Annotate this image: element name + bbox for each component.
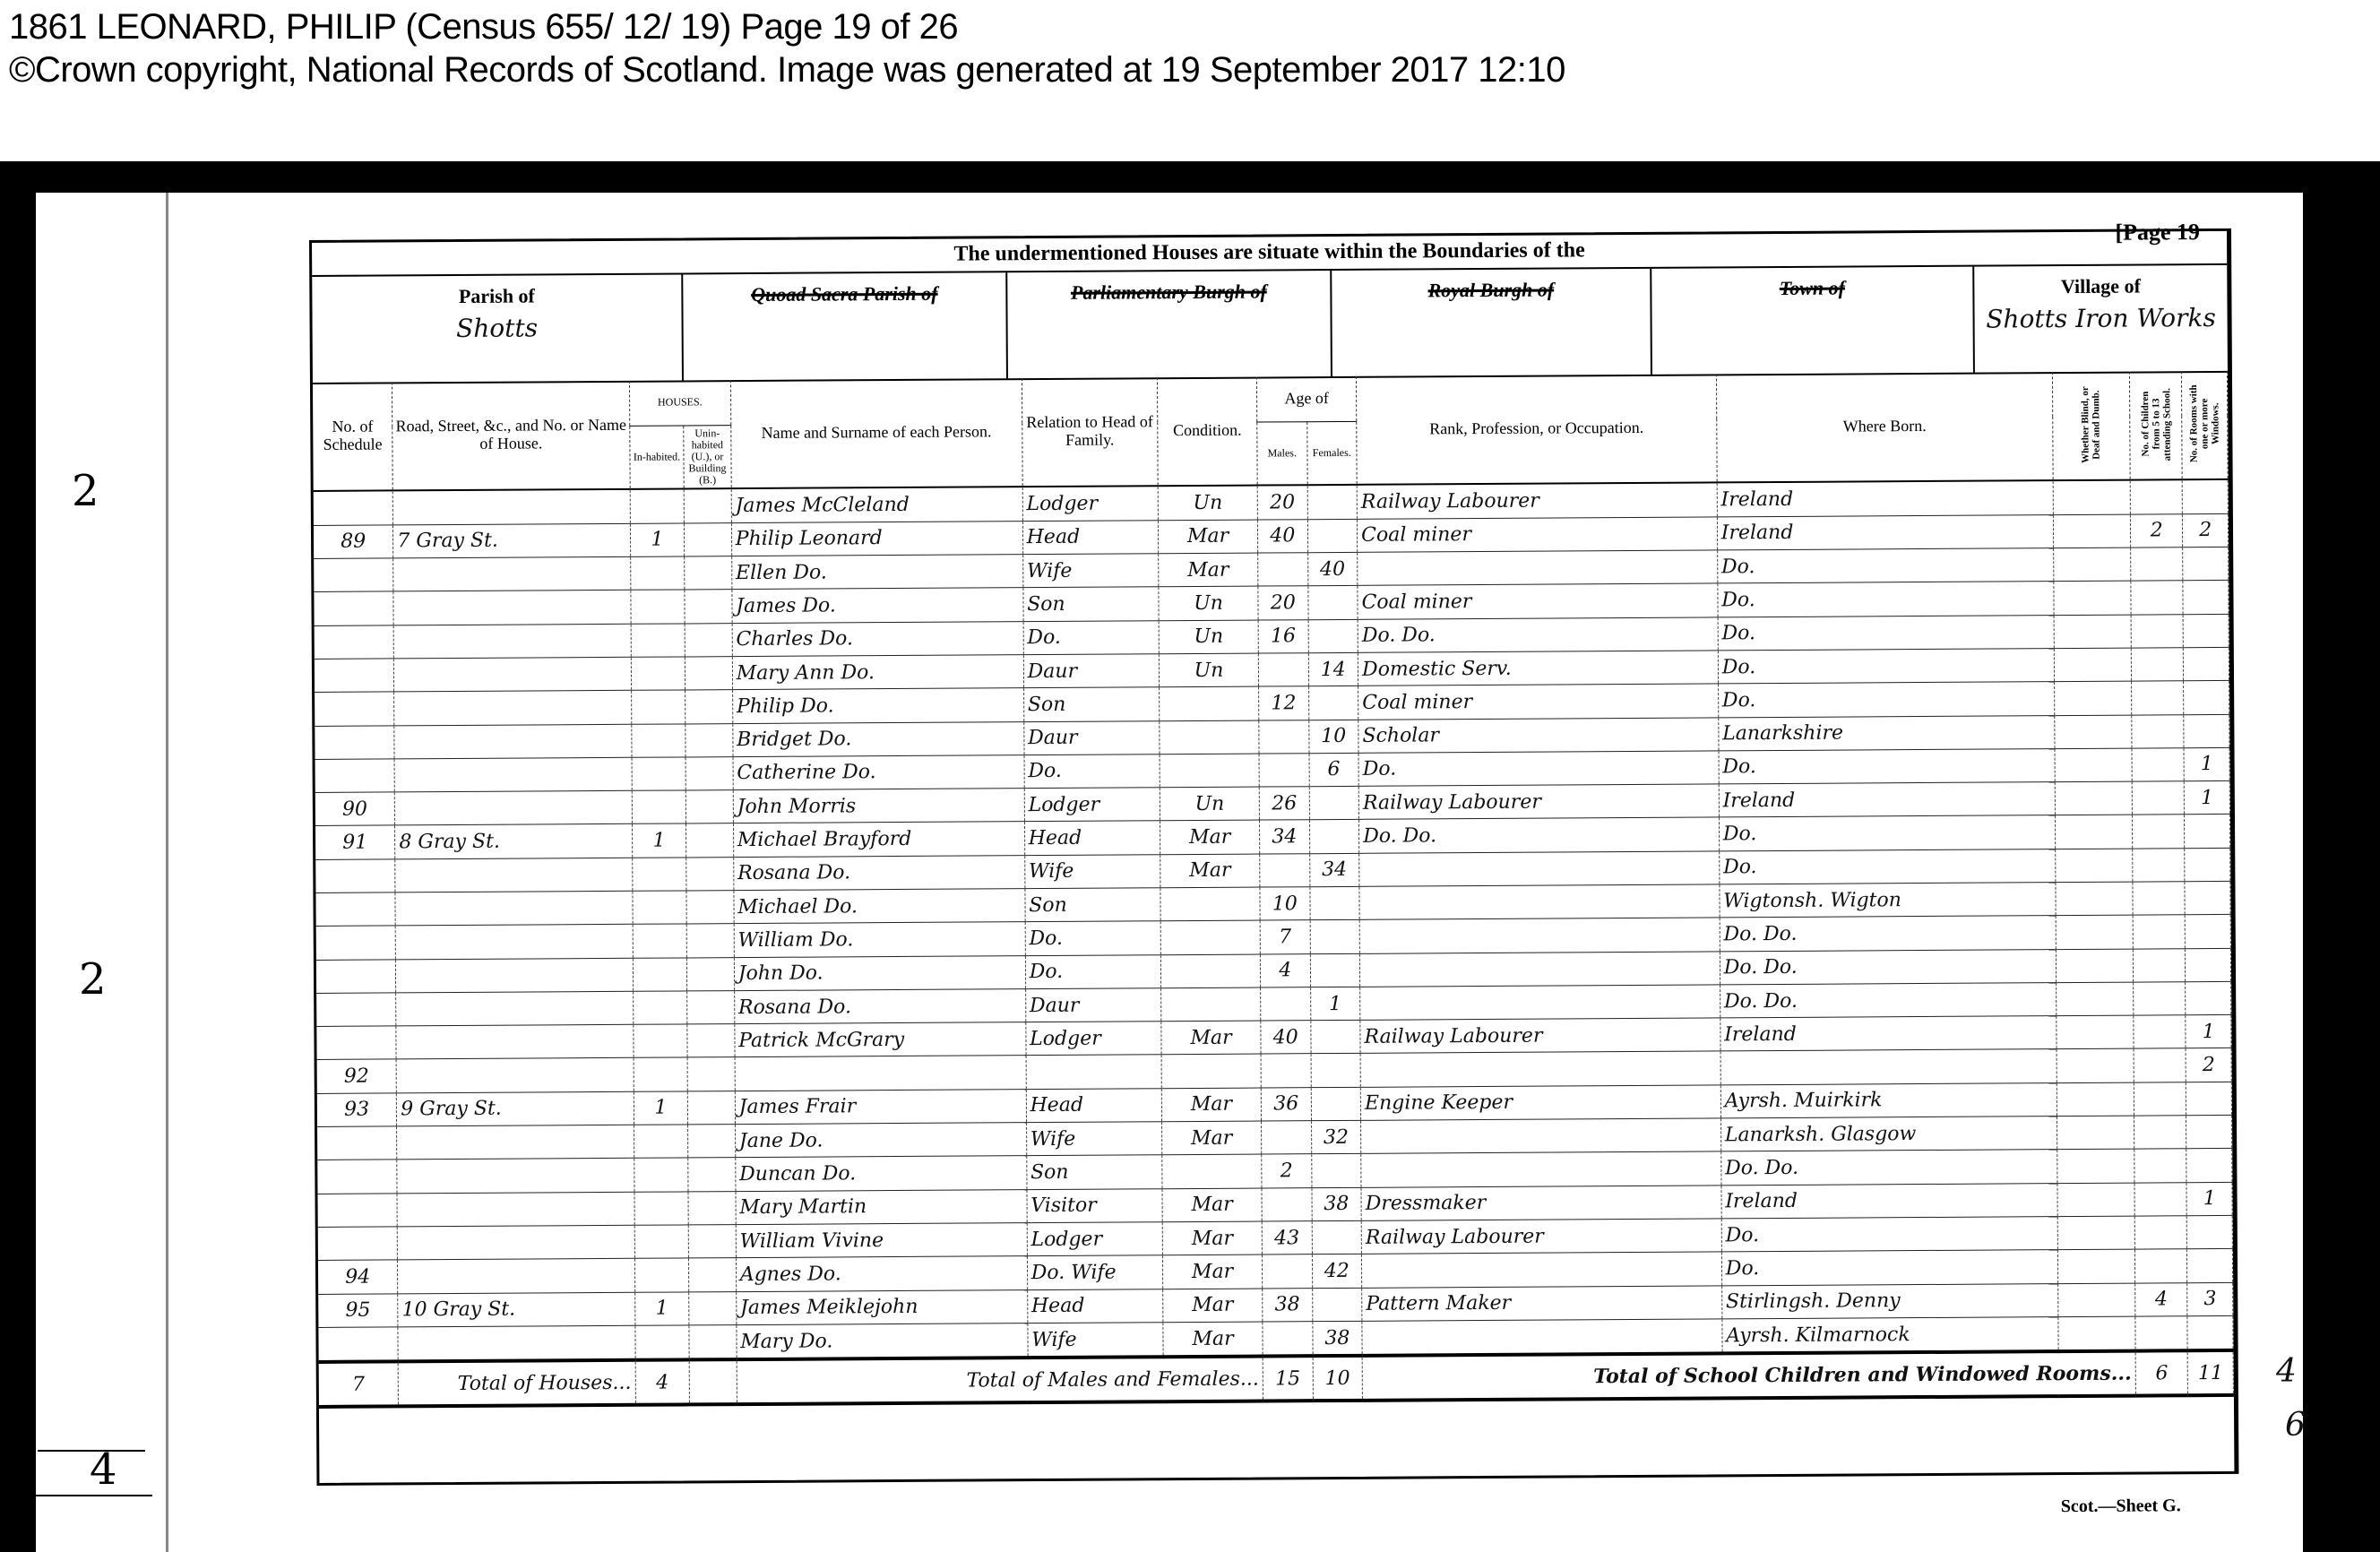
cell-empty bbox=[2055, 715, 2132, 749]
cell-rooms bbox=[2186, 948, 2231, 982]
cell-born: Ireland bbox=[1717, 514, 2054, 550]
cell-rooms: 1 bbox=[2186, 1182, 2232, 1216]
cell-road bbox=[393, 624, 631, 659]
cell-born: Do. Do. bbox=[1720, 949, 2057, 985]
document-title: 1861 LEONARD, PHILIP (Census 655/ 12/ 19… bbox=[9, 9, 958, 45]
cell-schedule: 95 bbox=[318, 1293, 398, 1327]
cell-school: 2 bbox=[2130, 513, 2183, 548]
cell-empty bbox=[2057, 1116, 2134, 1150]
cell-rooms bbox=[2186, 981, 2231, 1015]
cell-road bbox=[396, 991, 634, 1026]
cell-female bbox=[1311, 1054, 1361, 1088]
cell-born: Do. bbox=[1718, 615, 2055, 651]
cell-school bbox=[2133, 882, 2186, 916]
cell-male: 34 bbox=[1260, 820, 1310, 854]
cell-empty bbox=[2056, 915, 2133, 949]
cell-rooms bbox=[2183, 581, 2229, 615]
cell-name: Michael Brayford bbox=[733, 822, 1024, 857]
cell-rooms bbox=[2184, 681, 2229, 715]
cell-inhabited bbox=[634, 1258, 689, 1292]
margin-note: 4 bbox=[2276, 1353, 2297, 1390]
cell-occupation: Do. Do. bbox=[1358, 617, 1718, 653]
total-houses-label: Total of Houses... bbox=[398, 1360, 635, 1407]
cell-name: Catherine Do. bbox=[733, 754, 1024, 789]
cell-female: 40 bbox=[1307, 552, 1358, 586]
cell-schedule bbox=[317, 1126, 397, 1160]
cell-inhabited bbox=[630, 556, 685, 591]
cell-school bbox=[2133, 915, 2186, 949]
cell-schedule bbox=[318, 1227, 398, 1261]
cell-empty bbox=[687, 1057, 735, 1091]
cell-rooms bbox=[2185, 881, 2230, 915]
cell-empty bbox=[685, 522, 732, 556]
cell-male: 40 bbox=[1261, 1021, 1311, 1055]
sheet-footer: Scot.—Sheet G. bbox=[2061, 1496, 2181, 1517]
cell-school bbox=[2134, 1082, 2186, 1117]
cell-schedule bbox=[316, 960, 396, 994]
cell-male: 2 bbox=[1262, 1154, 1312, 1188]
cell-occupation: Dressmaker bbox=[1361, 1186, 1721, 1221]
cell-male bbox=[1261, 1054, 1311, 1088]
cell-name bbox=[735, 1056, 1026, 1091]
cell-born bbox=[1720, 1049, 2057, 1085]
cell-born: Ireland bbox=[1721, 1183, 2058, 1219]
cell-female bbox=[1307, 586, 1358, 620]
cell-empty bbox=[2057, 1082, 2134, 1117]
cell-relation: Do. bbox=[1024, 754, 1160, 789]
cell-school bbox=[2131, 648, 2184, 682]
cell-born: Do. Do. bbox=[1720, 982, 2057, 1018]
cell-male bbox=[1260, 853, 1310, 887]
cell-occupation: Railway Labourer bbox=[1358, 784, 1719, 820]
cell-condition bbox=[1160, 920, 1260, 954]
cell-rooms: 1 bbox=[2186, 1015, 2231, 1049]
cell-occupation bbox=[1361, 1118, 1721, 1154]
margin-note: 4 bbox=[90, 1444, 117, 1495]
cell-occupation: Railway Labourer bbox=[1357, 483, 1717, 519]
page-fold bbox=[166, 193, 168, 1552]
cell-condition: Mar bbox=[1162, 1221, 1262, 1255]
cell-inhabited bbox=[633, 958, 687, 992]
cell-school bbox=[2134, 1149, 2187, 1183]
cell-relation: Head bbox=[1022, 520, 1159, 554]
cell-schedule: 91 bbox=[315, 825, 395, 859]
cell-relation: Son bbox=[1026, 1155, 1162, 1189]
cell-schedule bbox=[315, 892, 395, 927]
cell-empty bbox=[686, 823, 734, 858]
cell-male: 4 bbox=[1260, 953, 1310, 987]
cell-condition bbox=[1160, 887, 1260, 921]
cell-empty bbox=[2058, 1316, 2135, 1351]
cell-relation: Head bbox=[1026, 1088, 1162, 1122]
cell-school bbox=[2134, 1116, 2186, 1150]
cell-schedule bbox=[314, 591, 393, 625]
cell-inhabited bbox=[634, 1125, 688, 1159]
cell-male: 43 bbox=[1262, 1221, 1312, 1255]
cell-condition: Mar bbox=[1161, 1021, 1261, 1055]
cell-empty bbox=[686, 891, 734, 925]
cell-rooms bbox=[2184, 614, 2229, 648]
cell-condition: Mar bbox=[1163, 1289, 1263, 1323]
total-persons-label: Total of Males and Females... bbox=[737, 1357, 1263, 1405]
cell-rooms bbox=[2186, 915, 2231, 949]
cell-rooms bbox=[2186, 1082, 2232, 1116]
cell-born: Do. bbox=[1718, 649, 2055, 685]
cell-schedule bbox=[316, 926, 396, 960]
cell-male: 26 bbox=[1259, 787, 1309, 821]
cell-born: Lanarkshire bbox=[1719, 715, 2056, 751]
cell-condition: Mar bbox=[1162, 1188, 1262, 1222]
margin-note: 6 bbox=[2285, 1407, 2306, 1444]
cell-road bbox=[398, 1259, 635, 1294]
cell-empty bbox=[2056, 815, 2133, 849]
cell-occupation bbox=[1359, 884, 1720, 920]
cell-rooms: 1 bbox=[2184, 747, 2229, 781]
col-name: Name and Surname of each Person. bbox=[730, 378, 1022, 488]
cell-condition bbox=[1161, 1055, 1261, 1089]
cell-born: Do. bbox=[1718, 682, 2055, 718]
cell-road bbox=[394, 657, 632, 692]
cell-female bbox=[1310, 1021, 1360, 1055]
cell-school bbox=[2131, 681, 2184, 715]
cell-school bbox=[2132, 748, 2185, 782]
cell-empty bbox=[2056, 849, 2133, 883]
cell-road bbox=[397, 1125, 634, 1160]
total-schedules: 7 bbox=[319, 1362, 399, 1408]
cell-relation: Head bbox=[1027, 1289, 1163, 1323]
cell-road bbox=[397, 1159, 634, 1194]
cell-empty bbox=[2057, 1015, 2134, 1049]
cell-born: Do. bbox=[1717, 548, 2054, 584]
cell-rooms bbox=[2187, 1215, 2233, 1249]
cell-inhabited: 1 bbox=[630, 523, 685, 557]
cell-road bbox=[395, 891, 633, 926]
cell-name: Duncan Do. bbox=[735, 1156, 1026, 1191]
cell-rooms bbox=[2185, 815, 2230, 849]
cell-condition: Mar bbox=[1159, 553, 1258, 587]
cell-empty bbox=[2054, 514, 2131, 548]
cell-road bbox=[396, 958, 634, 993]
cell-relation: Do. bbox=[1025, 954, 1161, 988]
cell-born: Wigtonsh. Wigton bbox=[1720, 883, 2057, 918]
cell-empty bbox=[687, 957, 735, 991]
cell-born: Do. Do. bbox=[1720, 1150, 2057, 1186]
cell-empty bbox=[686, 690, 733, 724]
cell-inhabited bbox=[631, 657, 686, 691]
cell-occupation: Railway Labourer bbox=[1361, 1219, 1721, 1255]
cell-schedule bbox=[314, 558, 393, 592]
cell-empty bbox=[2054, 581, 2131, 615]
cell-female bbox=[1311, 1154, 1361, 1188]
cell-inhabited bbox=[631, 590, 686, 624]
cell-born: Do. bbox=[1721, 1250, 2058, 1286]
cell-name: Mary Ann Do. bbox=[732, 655, 1023, 690]
total-rooms: 11 bbox=[2188, 1350, 2234, 1395]
cell-road bbox=[394, 724, 632, 759]
cell-condition: Un bbox=[1159, 586, 1258, 620]
cell-name: Ellen Do. bbox=[731, 555, 1022, 590]
cell-female bbox=[1308, 686, 1358, 720]
cell-empty bbox=[2058, 1283, 2135, 1317]
cell-empty bbox=[2058, 1249, 2135, 1283]
cell-school bbox=[2130, 480, 2183, 514]
col-rooms: No. of Rooms with one or more Windows. bbox=[2182, 371, 2228, 480]
cell-empty bbox=[686, 790, 734, 824]
cell-inhabited bbox=[633, 891, 687, 925]
cell-empty bbox=[688, 1125, 736, 1159]
boundary-town: Town of bbox=[1651, 267, 1975, 375]
cell-female: 10 bbox=[1308, 720, 1358, 754]
cell-rooms bbox=[2186, 1149, 2232, 1183]
col-relation: Relation to Head of Family. bbox=[1022, 377, 1158, 487]
cell-empty bbox=[2057, 949, 2134, 983]
cell-schedule bbox=[314, 491, 393, 525]
cell-empty bbox=[2055, 748, 2132, 782]
cell-school bbox=[2134, 982, 2186, 1016]
census-rows: James McClelandLodgerUn20Railway Laboure… bbox=[314, 479, 2233, 1362]
cell-occupation: Do. bbox=[1358, 751, 1719, 787]
cell-road bbox=[398, 1325, 635, 1361]
cell-relation: Wife bbox=[1022, 554, 1159, 588]
cell-inhabited: 1 bbox=[634, 1291, 689, 1325]
cell-condition: Mar bbox=[1160, 854, 1260, 888]
cell-male bbox=[1259, 720, 1309, 754]
cell-inhabited bbox=[631, 624, 686, 658]
cell-female bbox=[1307, 485, 1358, 519]
cell-school bbox=[2132, 714, 2185, 748]
col-road: Road, Street, &c., and No. or Name of Ho… bbox=[392, 381, 630, 491]
cell-female bbox=[1308, 619, 1358, 653]
cell-school bbox=[2131, 614, 2184, 648]
cell-occupation: Coal miner bbox=[1358, 583, 1718, 619]
cell-schedule: 94 bbox=[318, 1260, 398, 1294]
cell-female bbox=[1312, 1288, 1362, 1322]
cell-female bbox=[1309, 886, 1359, 920]
cell-female: 38 bbox=[1312, 1321, 1362, 1356]
cell-empty bbox=[684, 489, 731, 523]
cell-male: 20 bbox=[1258, 586, 1308, 620]
col-condition: Condition. bbox=[1158, 377, 1258, 487]
cell-name: John Do. bbox=[734, 955, 1025, 990]
cell-school bbox=[2131, 548, 2184, 582]
cell-road bbox=[395, 790, 633, 825]
cell-condition: Un bbox=[1159, 620, 1258, 654]
cell-name: Michael Do. bbox=[734, 889, 1025, 924]
cell-occupation bbox=[1360, 1051, 1720, 1087]
cell-relation: Do. bbox=[1025, 921, 1161, 955]
cell-male bbox=[1262, 1255, 1312, 1289]
cell-occupation: Domestic Serv. bbox=[1358, 651, 1718, 686]
cell-condition bbox=[1160, 754, 1259, 788]
cell-school bbox=[2132, 815, 2185, 849]
cell-empty bbox=[689, 1291, 737, 1325]
cell-relation: Lodger bbox=[1026, 1022, 1162, 1056]
copyright-notice: ©Crown copyright, National Records of Sc… bbox=[9, 52, 1565, 88]
cell-condition: Un bbox=[1158, 486, 1257, 520]
cell-relation: Visitor bbox=[1027, 1188, 1163, 1222]
cell-road bbox=[397, 1192, 634, 1227]
cell-condition bbox=[1160, 720, 1259, 754]
col-houses: HOUSES. bbox=[629, 380, 730, 426]
cell-school bbox=[2135, 1316, 2188, 1351]
cell-female bbox=[1309, 786, 1359, 820]
cell-rooms bbox=[2185, 848, 2230, 882]
cell-inhabited: 1 bbox=[632, 823, 686, 858]
cell-empty bbox=[2055, 781, 2132, 815]
cell-rooms bbox=[2187, 1249, 2233, 1283]
col-males: Males. bbox=[1257, 421, 1307, 486]
census-form: [Page 19 The undermentioned Houses are s… bbox=[309, 228, 2238, 1486]
col-uninhabited: Unin-habited (U.), or Building (B.) bbox=[684, 425, 731, 489]
cell-schedule: 90 bbox=[315, 792, 395, 826]
total-males: 15 bbox=[1263, 1356, 1313, 1401]
cell-inhabited bbox=[631, 690, 686, 724]
cell-empty bbox=[689, 1258, 737, 1292]
cell-male: 36 bbox=[1261, 1087, 1311, 1121]
cell-born: Ireland bbox=[1719, 782, 2056, 818]
cell-condition: Mar bbox=[1163, 1322, 1263, 1357]
margin-note: 2 bbox=[72, 466, 99, 516]
cell-occupation: Pattern Maker bbox=[1362, 1285, 1722, 1321]
cell-rooms bbox=[2184, 647, 2229, 681]
cell-occupation bbox=[1360, 985, 1720, 1021]
cell-name: Agnes Do. bbox=[736, 1256, 1027, 1291]
cell-born: Ireland bbox=[1720, 1016, 2057, 1052]
cell-occupation: Do. Do. bbox=[1359, 817, 1720, 853]
cell-rooms bbox=[2184, 714, 2229, 748]
cell-relation: Lodger bbox=[1027, 1222, 1163, 1256]
cell-schedule: 89 bbox=[314, 525, 393, 559]
cell-occupation bbox=[1359, 918, 1720, 953]
cell-name: Philip Do. bbox=[732, 688, 1023, 723]
cell-rooms bbox=[2183, 479, 2229, 513]
cell-schedule bbox=[315, 759, 395, 793]
cell-inhabited bbox=[634, 1057, 688, 1091]
cell-male: 20 bbox=[1257, 486, 1307, 520]
cell-schedule bbox=[315, 659, 394, 693]
cell-name: Philip Leonard bbox=[731, 521, 1022, 556]
cell-female bbox=[1311, 1087, 1361, 1121]
cell-empty bbox=[687, 1024, 735, 1058]
cell-road bbox=[395, 925, 633, 960]
cell-school bbox=[2131, 581, 2184, 615]
cell-name: James Frair bbox=[735, 1089, 1026, 1124]
cell-relation: Wife bbox=[1026, 1122, 1162, 1156]
cell-occupation bbox=[1359, 851, 1720, 887]
boundary-quoad-sacra: Quoad Sacra Parish of bbox=[683, 272, 1008, 380]
cell-relation: Son bbox=[1025, 888, 1161, 922]
cell-empty bbox=[685, 623, 732, 657]
cell-rooms: 3 bbox=[2187, 1282, 2233, 1316]
cell-female: 6 bbox=[1309, 753, 1359, 787]
cell-inhabited bbox=[630, 489, 685, 523]
cell-schedule bbox=[316, 1026, 396, 1060]
cell-female: 32 bbox=[1311, 1120, 1361, 1154]
cell-born: Do. bbox=[1718, 582, 2055, 617]
cell-inhabited bbox=[632, 723, 686, 757]
cell-born: Stirlingsh. Denny bbox=[1721, 1283, 2058, 1319]
boundary-royal-burgh: Royal Burgh of bbox=[1332, 269, 1652, 376]
cell-rooms bbox=[2187, 1315, 2233, 1350]
cell-inhabited bbox=[634, 1158, 688, 1192]
col-blind: Whether Blind, or Deaf and Dumb. bbox=[2053, 372, 2131, 481]
cell-inhabited bbox=[634, 1225, 689, 1259]
cell-inhabited: 1 bbox=[634, 1091, 688, 1125]
cell-occupation bbox=[1361, 1252, 1721, 1288]
cell-name: Rosana Do. bbox=[734, 989, 1025, 1024]
cell-schedule bbox=[318, 1194, 398, 1228]
cell-female: 14 bbox=[1308, 652, 1358, 686]
cell-school bbox=[2134, 1216, 2187, 1250]
cell-schedule bbox=[315, 625, 394, 660]
cell-occupation bbox=[1359, 951, 1720, 987]
cell-female bbox=[1310, 953, 1360, 987]
cell-empty bbox=[2056, 882, 2133, 916]
cell-relation: Do. bbox=[1023, 620, 1160, 654]
cell-schedule bbox=[315, 725, 394, 759]
cell-male: 10 bbox=[1260, 887, 1310, 921]
cell-name: John Morris bbox=[733, 789, 1024, 823]
cell-born: Do. bbox=[1721, 1217, 2058, 1253]
cell-empty bbox=[686, 756, 733, 790]
cell-inhabited bbox=[632, 757, 686, 791]
cell-name: Patrick McGrary bbox=[735, 1022, 1026, 1057]
cell-born: Do. bbox=[1719, 849, 2056, 884]
cell-female bbox=[1309, 820, 1359, 854]
cell-empty bbox=[2057, 1149, 2134, 1183]
cell-empty bbox=[685, 556, 732, 591]
cell-empty bbox=[2057, 1049, 2134, 1083]
cell-inhabited bbox=[633, 991, 687, 1025]
cell-school bbox=[2134, 1182, 2187, 1216]
cell-name: William Do. bbox=[734, 922, 1025, 957]
cell-relation: Daur bbox=[1023, 720, 1160, 754]
cell-road: 8 Gray St. bbox=[395, 824, 633, 859]
cell-name: William Vivine bbox=[736, 1223, 1027, 1258]
cell-male: 16 bbox=[1258, 619, 1308, 653]
boundary-row: Parish of Shotts Quoad Sacra Parish of P… bbox=[312, 263, 2228, 384]
cell-occupation: Railway Labourer bbox=[1360, 1018, 1720, 1054]
cell-rooms bbox=[2186, 1115, 2232, 1149]
cell-name: Mary Martin bbox=[736, 1189, 1027, 1224]
cell-empty bbox=[2055, 681, 2132, 715]
cell-road bbox=[393, 489, 631, 524]
cell-name: James Do. bbox=[732, 588, 1023, 623]
cell-school bbox=[2134, 1048, 2186, 1082]
cell-occupation bbox=[1358, 550, 1718, 586]
cell-condition bbox=[1160, 686, 1259, 720]
cell-male: 7 bbox=[1260, 920, 1310, 954]
cell-road bbox=[396, 1024, 634, 1059]
cell-inhabited bbox=[632, 858, 686, 892]
cell-female: 38 bbox=[1312, 1187, 1362, 1221]
cell-condition: Mar bbox=[1162, 1121, 1262, 1155]
cell-occupation: Engine Keeper bbox=[1360, 1085, 1720, 1121]
cell-school bbox=[2134, 1015, 2186, 1049]
cell-condition: Un bbox=[1160, 787, 1259, 821]
census-table: No. of Schedule Road, Street, &c., and N… bbox=[313, 371, 2234, 1409]
cell-empty bbox=[2057, 982, 2134, 1016]
cell-road: 7 Gray St. bbox=[393, 523, 631, 558]
cell-relation: Daur bbox=[1023, 654, 1160, 688]
cell-empty bbox=[2054, 615, 2131, 649]
cell-condition bbox=[1162, 1154, 1262, 1188]
cell-relation: Wife bbox=[1028, 1323, 1164, 1358]
cell-name: Mary Do. bbox=[737, 1323, 1028, 1359]
cell-name: James Meiklejohn bbox=[736, 1289, 1027, 1324]
col-females: Females. bbox=[1306, 421, 1357, 486]
total-school: 6 bbox=[2135, 1350, 2188, 1395]
